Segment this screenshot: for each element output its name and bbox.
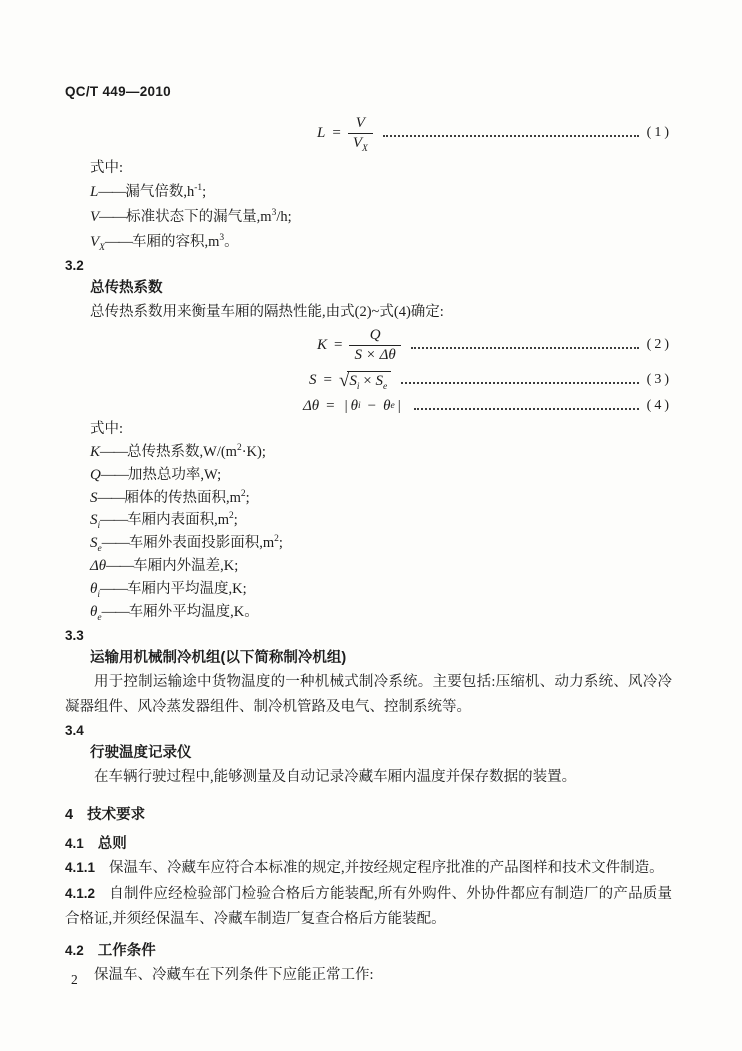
section-title-3-3: 运输用机械制冷机组(以下简称制冷机组) (90, 647, 672, 670)
definition-line: θe——车厢外平均温度,K。 (90, 601, 672, 624)
definition-text: 厢体的传热面积,m (125, 490, 241, 506)
definition-dash: —— (106, 558, 133, 574)
dotted-leader (401, 376, 638, 385)
formula-3-number: (3) (647, 372, 672, 388)
clause-4-1-1: 4.1.1保温车、冷藏车应符合本标准的规定,并按经规定程序批准的产品图样和技术文… (65, 855, 672, 881)
equals-sign: = (324, 372, 332, 389)
absolute-bar: | (345, 398, 348, 415)
definition-line: V——标准状态下的漏气量,m3/h; (90, 205, 672, 230)
radicand-term: S (376, 373, 384, 389)
definition-text: 总传热系数,W/(m (127, 444, 237, 460)
clause-4-1-2-number: 4.1.2 (65, 886, 95, 901)
definition-text: 车厢内外温差,K; (133, 558, 238, 574)
clause-4-1-1-number: 4.1.1 (65, 860, 95, 875)
dotted-leader (414, 402, 639, 411)
definition-text: 车厢外表面投影面积,m (129, 535, 274, 551)
definition-tail: 。 (224, 234, 239, 250)
clause-4-1-2-text: 自制件应经检验部门检验合格后方能装配,所有外购件、外协件都应有制造厂的产品质量合… (65, 886, 672, 927)
math-term: V (90, 209, 99, 225)
definition-dash: —— (100, 444, 127, 460)
chapter-4-number: 4 (65, 807, 73, 823)
fraction: Q S × Δθ (349, 326, 400, 365)
definition-line: Δθ——车厢内外温差,K; (90, 555, 672, 578)
radicand: Si × Se (347, 371, 391, 390)
section-4-2-heading: 4.2工作条件 (65, 939, 672, 963)
section-4-2-number: 4.2 (65, 943, 84, 958)
section-4-2-title: 工作条件 (98, 943, 156, 959)
definition-text: 车厢内平均温度,K; (127, 581, 247, 597)
dotted-leader (383, 129, 639, 138)
math-term: Δθ (90, 558, 106, 574)
definition-line: S——厢体的传热面积,m2; (90, 487, 672, 510)
math-term: S (90, 535, 98, 551)
section-4-1-title: 总则 (98, 836, 127, 852)
math-term: K (90, 444, 100, 460)
formula-2: K = Q S × Δθ (2) (317, 324, 672, 366)
fraction: V VX (348, 114, 373, 153)
definition-dash: —— (102, 535, 129, 551)
section-number-3-3: 3.3 (65, 625, 672, 647)
absolute-bar: | (398, 398, 401, 415)
definition-text: 车厢内表面积,m (127, 512, 229, 528)
definition-line: θi——车厢内平均温度,K; (90, 578, 672, 601)
times-sign: × (360, 373, 376, 389)
section-3-4-body: 在车辆行驶过程中,能够测量及自动记录冷藏车厢内温度并保存数据的装置。 (65, 765, 672, 790)
formula-1-lhs: L (317, 125, 325, 142)
definition-dash: —— (102, 604, 129, 620)
dotted-leader (411, 341, 639, 350)
clause-4-1-2: 4.1.2自制件应经检验部门检验合格后方能装配,所有外购件、外协件都应有制造厂的… (65, 881, 672, 932)
minus-sign: − (368, 398, 376, 415)
radicand-term: S (349, 373, 357, 389)
theta-i: θ (351, 398, 358, 415)
formula-3-lhs: S (309, 372, 317, 389)
formula-1: L = V VX (1) (317, 110, 672, 156)
equals-sign: = (326, 398, 334, 415)
unit-superscript: -1 (194, 183, 202, 193)
page-number: 2 (71, 972, 78, 988)
definition-tail: ·K); (242, 444, 266, 460)
fraction-denominator: VX (348, 133, 373, 153)
formula-2-lhs: K (317, 337, 327, 354)
definition-dash: —— (100, 512, 127, 528)
definition-text: 加热总功率,W; (128, 467, 221, 483)
where-label: 式中: (90, 156, 672, 180)
equals-sign: = (334, 337, 342, 354)
section-number-3-2: 3.2 (65, 255, 672, 277)
formula-4-lhs: Δθ (303, 398, 319, 415)
definition-line: Se——车厢外表面投影面积,m2; (90, 532, 672, 555)
definition-dash: —— (100, 581, 127, 597)
formula-3: S = √ Si × Se (3) (309, 366, 672, 394)
document-page: QC/T 449—2010 L = V VX (1) 式中: L——漏气倍数,h… (0, 0, 742, 1051)
fraction-numerator: Q (365, 326, 386, 345)
equals-sign: = (332, 125, 340, 142)
math-term: S (90, 490, 98, 506)
fraction-numerator: V (351, 114, 370, 133)
definition-line: K——总传热系数,W/(m2·K); (90, 441, 672, 464)
definition-line: L——漏气倍数,h-1; (90, 180, 672, 205)
math-term: V (90, 234, 99, 250)
definition-tail: ; (246, 490, 250, 506)
definition-dash: —— (98, 490, 125, 506)
definition-line: VX——车厢的容积,m3。 (90, 230, 672, 255)
chapter-4-title: 技术要求 (87, 807, 145, 823)
section-4-2-body: 保温车、冷藏车在下列条件下应能正常工作: (65, 963, 672, 988)
clause-4-1-1-text: 保温车、冷藏车应符合本标准的规定,并按经规定程序批准的产品图样和技术文件制造。 (109, 860, 664, 876)
section-3-3-body: 用于控制运输途中货物温度的一种机械式制冷系统。主要包括:压缩机、动力系统、风冷冷… (65, 670, 672, 720)
definition-dash: —— (105, 234, 132, 250)
section-3-2-intro: 总传热系数用来衡量车厢的隔热性能,由式(2)~式(4)确定: (90, 300, 672, 324)
section-number-3-4: 3.4 (65, 720, 672, 742)
definition-tail: ; (234, 512, 238, 528)
document-code-header: QC/T 449—2010 (65, 84, 672, 100)
definition-tail: ; (279, 535, 283, 551)
definition-line: Si——车厢内表面积,m2; (90, 509, 672, 532)
formula-4: Δθ = | θi − θe | (4) (303, 394, 672, 418)
denominator-base: V (353, 135, 362, 151)
section-4-1-heading: 4.1总则 (65, 833, 672, 855)
definition-dash: —— (101, 467, 128, 483)
fraction-denominator: S × Δθ (349, 345, 400, 365)
chapter-4-heading: 4技术要求 (65, 804, 672, 826)
section-title-3-2: 总传热系数 (90, 277, 672, 300)
section-title-3-4: 行驶温度记录仪 (90, 742, 672, 765)
math-term: Q (90, 467, 101, 483)
definition-text: 标准状态下的漏气量,m (126, 209, 271, 225)
formula-4-number: (4) (647, 398, 672, 414)
math-term: S (90, 512, 98, 528)
definition-text: 车厢的容积,m (132, 234, 219, 250)
definition-tail: ; (202, 184, 206, 200)
square-root: √ Si × Se (339, 371, 391, 390)
definition-text: 车厢外平均温度,K。 (129, 604, 259, 620)
where-label: 式中: (90, 418, 672, 441)
denominator-subscript: X (362, 144, 368, 154)
formula-1-number: (1) (647, 125, 672, 141)
theta-e: θ (383, 398, 390, 415)
radicand-subscript: e (383, 382, 387, 392)
definition-dash: —— (99, 209, 126, 225)
formula-2-number: (2) (647, 337, 672, 353)
definition-text: 漏气倍数,h (125, 184, 194, 200)
definition-line: Q——加热总功率,W; (90, 464, 672, 487)
section-4-1-number: 4.1 (65, 836, 84, 851)
definition-tail: /h; (276, 209, 291, 225)
definition-dash: —— (98, 184, 125, 200)
